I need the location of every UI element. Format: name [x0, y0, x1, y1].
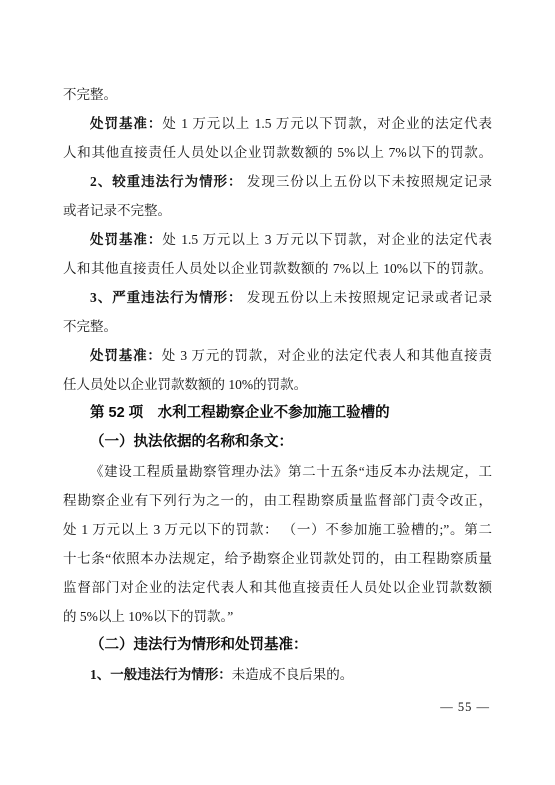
text-segment: 人和其他直接责任人员处以企业罚款数额的 5%以上 7%以下的罚款。 [63, 145, 492, 160]
page-footer: — 55 — [63, 700, 492, 715]
text-line: 人和其他直接责任人员处以企业罚款数额的 7%以上 10%以下的罚款。 [63, 254, 492, 283]
text-line: 程勘察企业有下列行为之一的，由工程勘察质量监督部门责令改正， [63, 486, 492, 515]
text-line: 3、严重违法行为情形： 发现五份以上未按照规定记录或者记录 [63, 283, 492, 312]
text-segment: 任人员处以企业罚款数额的 10%的罚款。 [63, 377, 307, 392]
text-segment: 的 5%以上 10%以下的罚款。” [63, 609, 233, 624]
text-segment: 处 1 万元以上 3 万元以下的罚款： （一）不参加施工验槽的;”。第二 [63, 522, 492, 537]
text-segment: 人和其他直接责任人员处以企业罚款数额的 7%以上 10%以下的罚款。 [63, 261, 492, 276]
text-line: 任人员处以企业罚款数额的 10%的罚款。 [63, 370, 492, 399]
text-line: 处罚基准：处 3 万元的罚款，对企业的法定代表人和其他直接责 [63, 341, 492, 370]
text-line: 人和其他直接责任人员处以企业罚款数额的 5%以上 7%以下的罚款。 [63, 138, 492, 167]
text-line: 十七条“依照本办法规定，给予勘察企业罚款处罚的，由工程勘察质量 [63, 544, 492, 573]
bold-text-segment: 处罚基准： [90, 348, 162, 363]
heading-line: 第 52 项 水利工程勘察企业不参加施工验槽的 [63, 399, 492, 428]
text-segment: 或者记录不完整。 [63, 203, 171, 218]
text-line: 处罚基准：处 1 万元以上 1.5 万元以下罚款，对企业的法定代表 [63, 109, 492, 138]
text-segment: 处 1.5 万元以上 3 万元以下罚款，对企业的法定代表 [162, 232, 492, 247]
page-number: — 55 — [440, 700, 492, 714]
text-line: 《建设工程质量勘察管理办法》第二十五条“违反本办法规定，工 [63, 457, 492, 486]
text-segment: 不完整。 [63, 87, 117, 102]
heading-line: （一）执法依据的名称和条文： [63, 428, 492, 457]
bold-text-segment: 第 52 项 水利工程勘察企业不参加施工验槽的 [90, 405, 390, 421]
text-segment: 处 3 万元的罚款，对企业的法定代表人和其他直接责 [162, 348, 492, 363]
document-body: 不完整。处罚基准：处 1 万元以上 1.5 万元以下罚款，对企业的法定代表人和其… [63, 80, 492, 689]
bold-text-segment: 2、较重违法行为情形： [90, 174, 243, 189]
text-segment: 发现五份以上未按照规定记录或者记录 [243, 290, 492, 305]
text-segment: 程勘察企业有下列行为之一的，由工程勘察质量监督部门责令改正， [63, 493, 492, 508]
text-line: 不完整。 [63, 80, 492, 109]
bold-text-segment: （一）执法依据的名称和条文： [90, 434, 293, 450]
heading-line: （二）违法行为情形和处罚基准： [63, 631, 492, 660]
text-line: 的 5%以上 10%以下的罚款。” [63, 602, 492, 631]
text-segment: 不完整。 [63, 319, 117, 334]
text-segment: 《建设工程质量勘察管理办法》第二十五条“违反本办法规定，工 [90, 464, 492, 479]
text-segment: 未造成不良后果的。 [232, 667, 354, 682]
text-line: 1、一般违法行为情形：未造成不良后果的。 [63, 660, 492, 689]
text-segment: 处 1 万元以上 1.5 万元以下罚款，对企业的法定代表 [162, 116, 492, 131]
text-line: 处 1 万元以上 3 万元以下的罚款： （一）不参加施工验槽的;”。第二 [63, 515, 492, 544]
text-line: 或者记录不完整。 [63, 196, 492, 225]
bold-text-segment: 处罚基准： [90, 116, 162, 131]
text-segment: 十七条“依照本办法规定，给予勘察企业罚款处罚的，由工程勘察质量 [63, 551, 492, 566]
bold-text-segment: 处罚基准： [90, 232, 162, 247]
text-line: 2、较重违法行为情形： 发现三份以上五份以下未按照规定记录 [63, 167, 492, 196]
text-segment: 监督部门对企业的法定代表人和其他直接责任人员处以企业罚款数额 [63, 580, 492, 595]
bold-text-segment: 3、严重违法行为情形： [90, 290, 243, 305]
document-page: 不完整。处罚基准：处 1 万元以上 1.5 万元以下罚款，对企业的法定代表人和其… [0, 0, 555, 785]
text-segment: 发现三份以上五份以下未按照规定记录 [243, 174, 492, 189]
bold-text-segment: （二）违法行为情形和处罚基准： [90, 637, 308, 653]
text-line: 处罚基准：处 1.5 万元以上 3 万元以下罚款，对企业的法定代表 [63, 225, 492, 254]
bold-text-segment: 1、一般违法行为情形： [90, 667, 232, 682]
text-line: 监督部门对企业的法定代表人和其他直接责任人员处以企业罚款数额 [63, 573, 492, 602]
text-line: 不完整。 [63, 312, 492, 341]
